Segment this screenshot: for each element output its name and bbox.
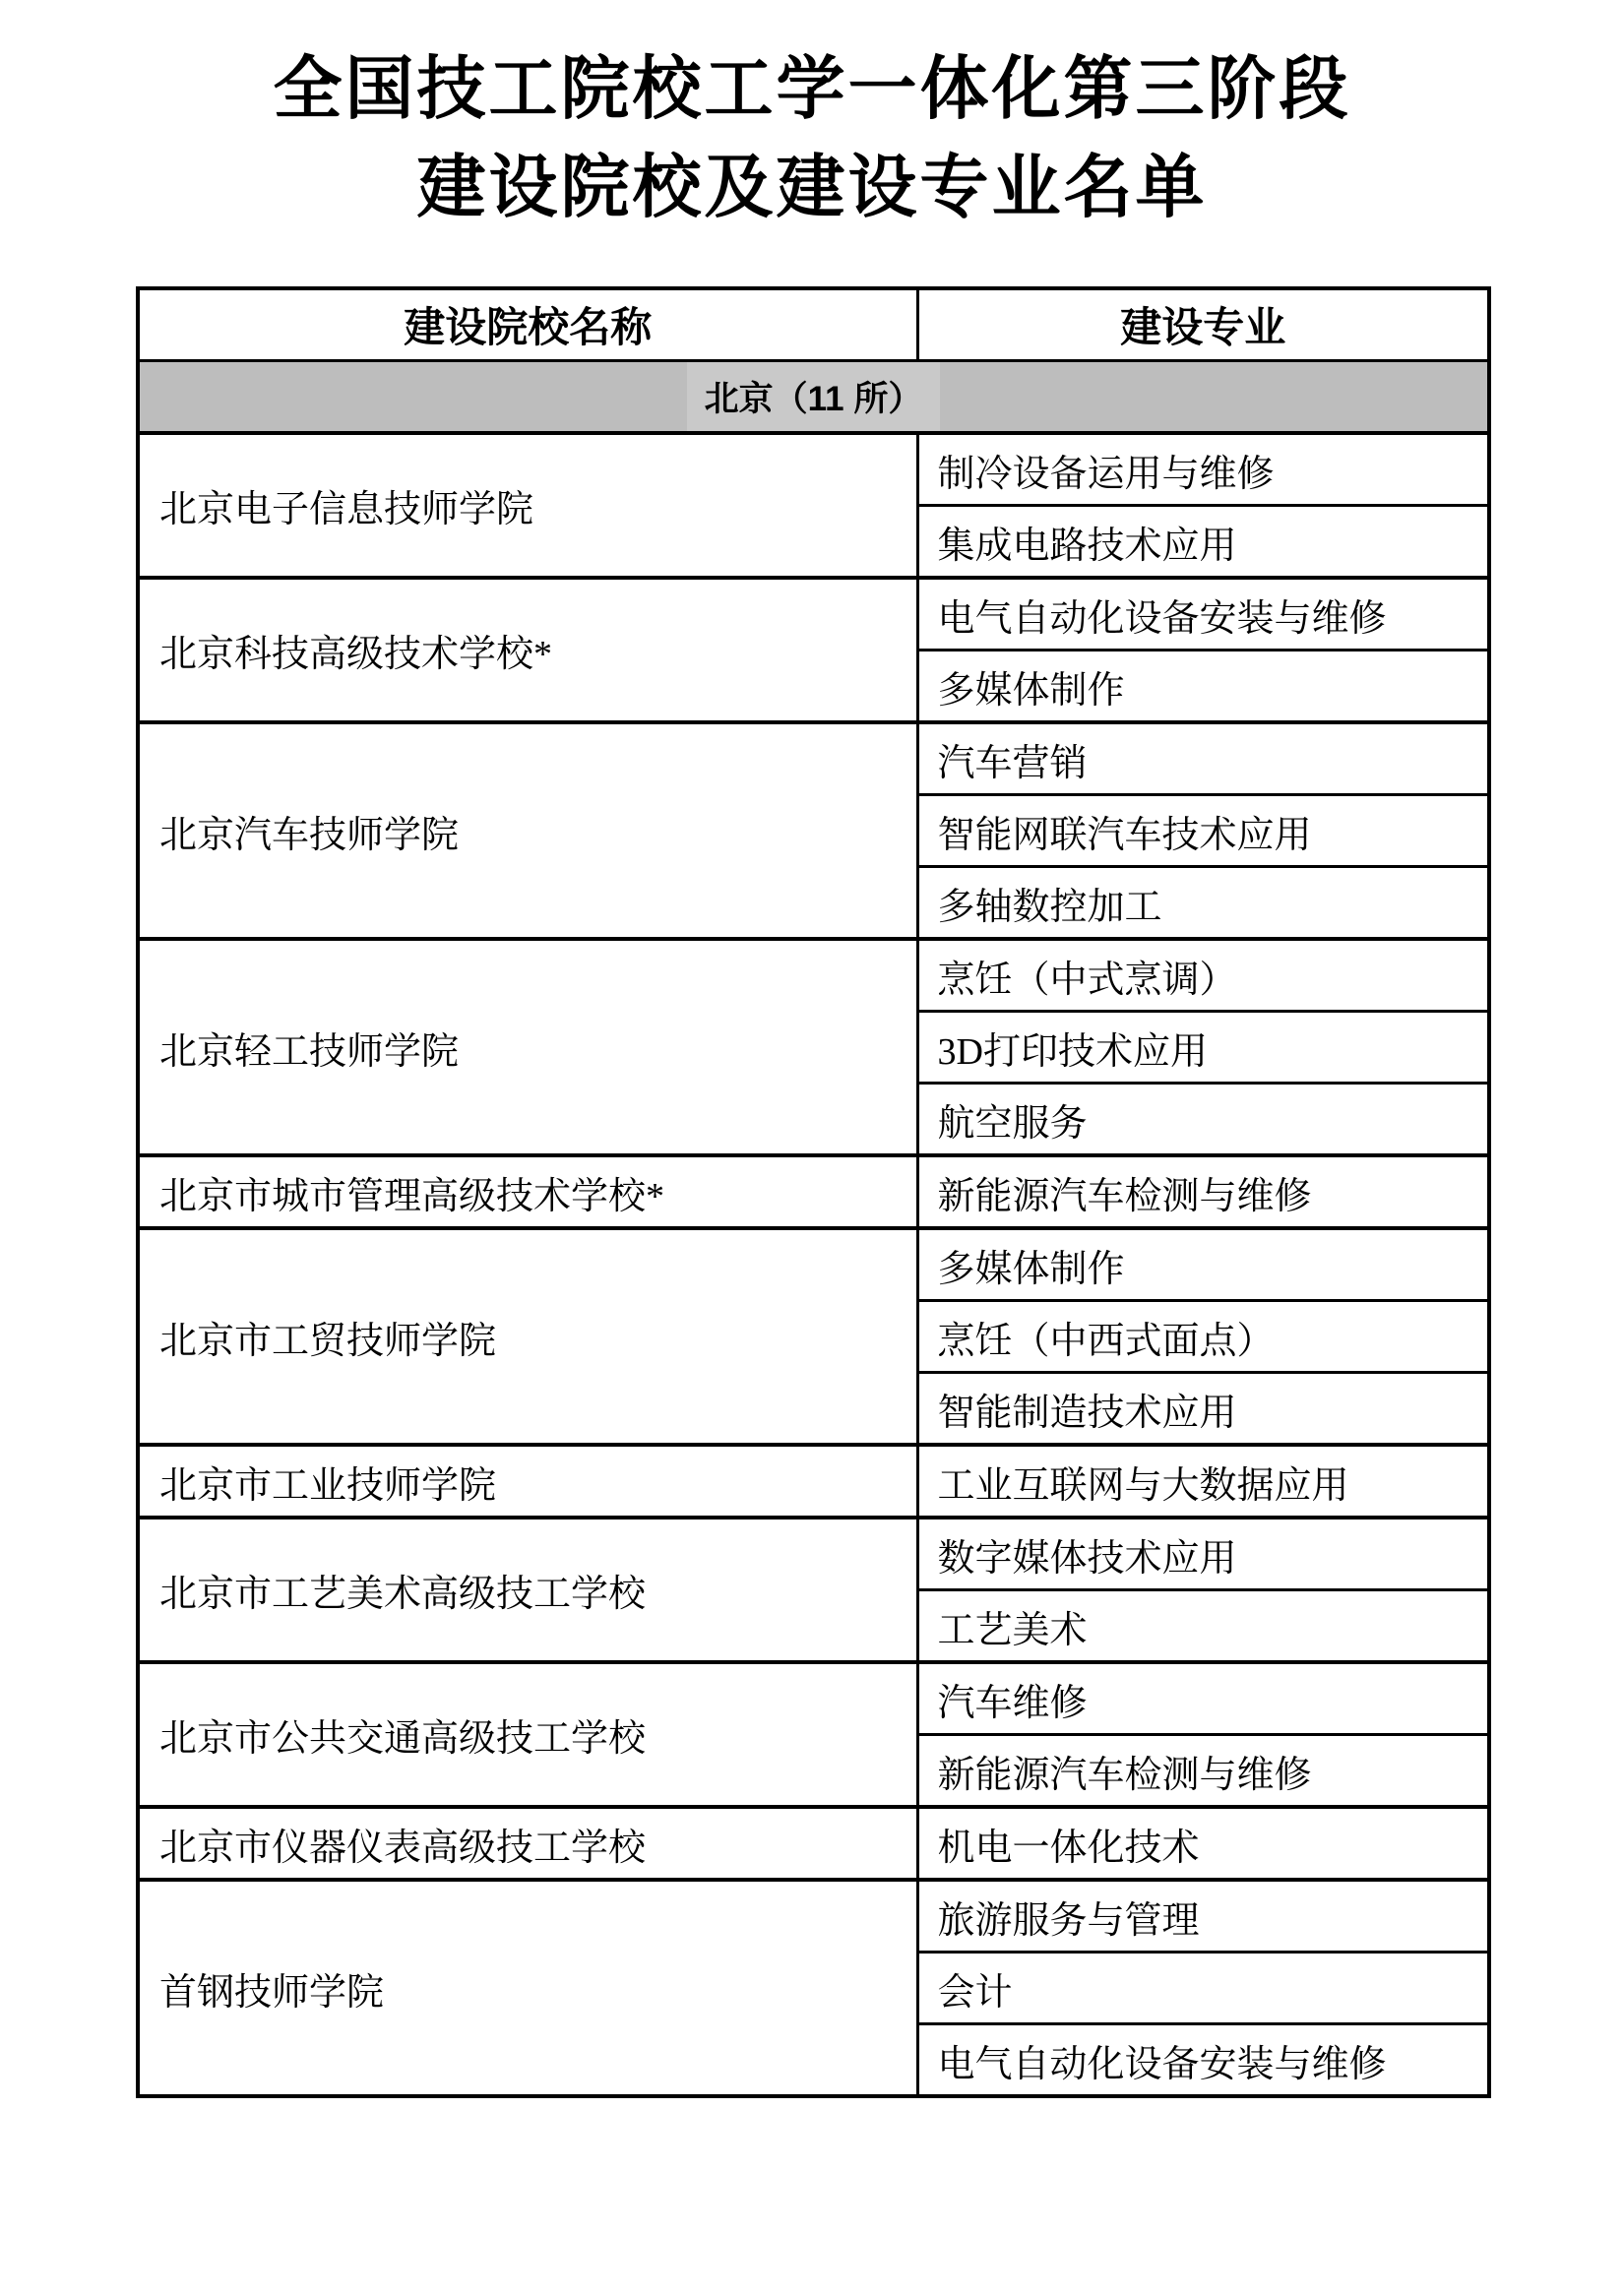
major-cell: 集成电路技术应用	[917, 506, 1489, 579]
major-cell: 旅游服务与管理	[917, 1880, 1489, 1953]
table-header-row: 建设院校名称 建设专业	[138, 288, 1489, 361]
region-band-cell: 北京（11 所）	[138, 361, 1489, 434]
major-cell: 汽车营销	[917, 722, 1489, 795]
table-row: 北京市公共交通高级技工学校汽车维修	[138, 1662, 1489, 1735]
major-cell: 工艺美术	[917, 1590, 1489, 1663]
major-cell: 智能制造技术应用	[917, 1373, 1489, 1446]
major-cell: 制冷设备运用与维修	[917, 433, 1489, 506]
major-cell: 新能源汽车检测与维修	[917, 1735, 1489, 1808]
major-cell: 多媒体制作	[917, 651, 1489, 723]
table-body: 北京电子信息技师学院制冷设备运用与维修集成电路技术应用北京科技高级技术学校*电气…	[138, 433, 1489, 2096]
school-name-cell: 北京电子信息技师学院	[138, 433, 917, 578]
major-cell: 工业互联网与大数据应用	[917, 1445, 1489, 1518]
major-cell: 新能源汽车检测与维修	[917, 1155, 1489, 1228]
major-cell: 电气自动化设备安装与维修	[917, 2024, 1489, 2097]
table-row: 北京科技高级技术学校*电气自动化设备安装与维修	[138, 578, 1489, 651]
table-row: 首钢技师学院旅游服务与管理	[138, 1880, 1489, 1953]
table-row: 北京市工艺美术高级技工学校数字媒体技术应用	[138, 1518, 1489, 1590]
major-cell: 电气自动化设备安装与维修	[917, 578, 1489, 651]
table-row: 北京市仪器仪表高级技工学校机电一体化技术	[138, 1807, 1489, 1880]
school-name-cell: 北京轻工技师学院	[138, 939, 917, 1155]
school-name-cell: 首钢技师学院	[138, 1880, 917, 2096]
table-row: 北京汽车技师学院汽车营销	[138, 722, 1489, 795]
table-row: 北京市城市管理高级技术学校*新能源汽车检测与维修	[138, 1155, 1489, 1228]
major-cell: 航空服务	[917, 1084, 1489, 1156]
region-label: 北京（11 所）	[687, 362, 941, 431]
major-cell: 机电一体化技术	[917, 1807, 1489, 1880]
region-band-row: 北京（11 所）	[138, 361, 1489, 434]
school-major-table: 建设院校名称 建设专业 北京（11 所） 北京电子信息技师学院制冷设备运用与维修…	[136, 286, 1491, 2098]
major-cell: 汽车维修	[917, 1662, 1489, 1735]
major-cell: 智能网联汽车技术应用	[917, 795, 1489, 867]
major-cell: 会计	[917, 1953, 1489, 2024]
school-name-cell: 北京市仪器仪表高级技工学校	[138, 1807, 917, 1880]
major-cell: 烹饪（中式烹调）	[917, 939, 1489, 1012]
school-name-cell: 北京汽车技师学院	[138, 722, 917, 939]
table-row: 北京市工贸技师学院多媒体制作	[138, 1228, 1489, 1301]
school-name-cell: 北京市公共交通高级技工学校	[138, 1662, 917, 1807]
page-title-line-2: 建设院校及建设专业名单	[0, 140, 1624, 238]
school-name-cell: 北京市城市管理高级技术学校*	[138, 1155, 917, 1228]
column-header-school: 建设院校名称	[138, 288, 917, 361]
document-page: 全国技工院校工学一体化第三阶段 建设院校及建设专业名单 建设院校名称 建设专业 …	[0, 0, 1624, 2295]
column-header-major: 建设专业	[917, 288, 1489, 361]
page-title-line-1: 全国技工院校工学一体化第三阶段	[0, 41, 1624, 140]
table-row: 北京轻工技师学院烹饪（中式烹调）	[138, 939, 1489, 1012]
school-name-cell: 北京市工贸技师学院	[138, 1228, 917, 1445]
table-row: 北京市工业技师学院工业互联网与大数据应用	[138, 1445, 1489, 1518]
major-cell: 多媒体制作	[917, 1228, 1489, 1301]
school-name-cell: 北京市工艺美术高级技工学校	[138, 1518, 917, 1662]
major-cell: 多轴数控加工	[917, 867, 1489, 940]
school-name-cell: 北京市工业技师学院	[138, 1445, 917, 1518]
major-cell: 烹饪（中西式面点）	[917, 1301, 1489, 1373]
table-row: 北京电子信息技师学院制冷设备运用与维修	[138, 433, 1489, 506]
major-cell: 3D打印技术应用	[917, 1012, 1489, 1084]
major-cell: 数字媒体技术应用	[917, 1518, 1489, 1590]
page-title: 全国技工院校工学一体化第三阶段 建设院校及建设专业名单	[0, 41, 1624, 238]
school-name-cell: 北京科技高级技术学校*	[138, 578, 917, 722]
